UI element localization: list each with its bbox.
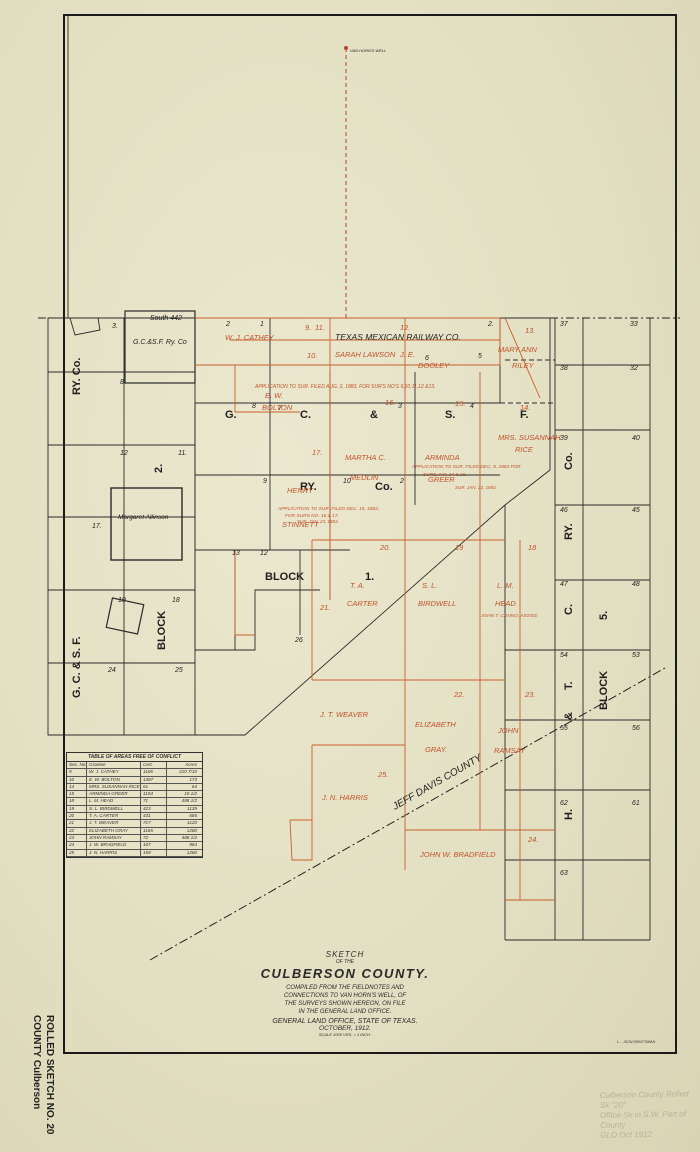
- svg-text:BIRDWELL: BIRDWELL: [418, 599, 456, 608]
- svg-text:13.: 13.: [525, 326, 535, 335]
- title-block: SKETCH OF THE CULBERSON COUNTY. COMPILED…: [245, 950, 445, 1037]
- svg-text:5.: 5.: [598, 611, 610, 620]
- svg-text:JEFF DAVIS COUNTY: JEFF DAVIS COUNTY: [390, 752, 485, 813]
- svg-text:HEAD: HEAD: [495, 599, 516, 608]
- svg-text:2: 2: [225, 321, 230, 328]
- area-table-header: Sec. No. Grantee Cert. Acres: [67, 762, 202, 769]
- svg-text:C.: C.: [300, 409, 311, 421]
- svg-text:11.: 11.: [178, 450, 187, 457]
- svg-text:8: 8: [120, 379, 124, 386]
- svg-text:CARTER: CARTER: [347, 599, 378, 608]
- svg-text:54: 54: [560, 652, 568, 659]
- svg-text:5: 5: [478, 353, 482, 360]
- svg-text:19: 19: [118, 597, 126, 604]
- svg-text:G. C. & S. F.: G. C. & S. F.: [71, 636, 83, 698]
- svg-text:23.: 23.: [524, 690, 535, 699]
- svg-text:SUR. JAN. 23, 1883.: SUR. JAN. 23, 1883.: [455, 485, 497, 490]
- svg-text:VAN HORN'S WELL: VAN HORN'S WELL: [350, 48, 386, 53]
- svg-text:BLOCK: BLOCK: [265, 571, 304, 583]
- svg-text:RAMSAY: RAMSAY: [494, 746, 526, 755]
- svg-text:19: 19: [455, 543, 464, 552]
- svg-text:SARAH LAWSON: SARAH LAWSON: [335, 350, 396, 359]
- map-scale: SCALE 1000 VRS. = 1 INCH.: [245, 1032, 445, 1037]
- svg-text:33: 33: [630, 321, 638, 328]
- svg-text:40: 40: [632, 435, 640, 442]
- svg-text:&: &: [370, 409, 378, 421]
- svg-text:MARTHA C.: MARTHA C.: [345, 453, 386, 462]
- svg-text:4: 4: [470, 403, 474, 410]
- svg-text:14.: 14.: [520, 403, 530, 412]
- compiled-note: IN THE GENERAL LAND OFFICE.: [245, 1008, 445, 1016]
- svg-text:RY.: RY.: [563, 523, 575, 540]
- svg-text:46: 46: [560, 507, 568, 514]
- svg-text:JOHN W. BRADFIELD: JOHN W. BRADFIELD: [419, 850, 496, 859]
- svg-text:15.: 15.: [455, 399, 465, 408]
- table-row: 15ARMINDA GREER110415 1/2: [67, 791, 202, 798]
- svg-text:62: 62: [560, 800, 568, 807]
- svg-text:25: 25: [174, 667, 183, 674]
- svg-text:37: 37: [560, 321, 569, 328]
- svg-text:&: &: [563, 712, 575, 720]
- col-header: Acres: [167, 762, 200, 768]
- stamp-line: Culberson County Rolled Sk "20": [600, 1089, 700, 1111]
- compiled-note: CONNECTIONS TO VAN HORN'S WELL, OF: [245, 992, 445, 1000]
- county-name-label: COUNTY Culberson: [30, 1015, 43, 1134]
- svg-text:E. W.: E. W.: [265, 391, 283, 400]
- svg-text:1.: 1.: [365, 571, 374, 583]
- area-table: TABLE OF AREAS FREE OF CONFLICT Sec. No.…: [66, 752, 203, 858]
- table-row: 10E. W. BOLTON1387173: [67, 777, 202, 784]
- svg-text:J. N. HARRIS: J. N. HARRIS: [321, 793, 368, 802]
- svg-text:W. J. CATHEY: W. J. CATHEY: [225, 333, 275, 342]
- title-sketch: SKETCH: [245, 950, 445, 959]
- table-row: 25J. N. HARRIS1591280: [67, 850, 202, 857]
- svg-text:32: 32: [630, 365, 638, 372]
- svg-text:Margaret Allinson: Margaret Allinson: [118, 514, 169, 521]
- svg-text:T. A.: T. A.: [350, 581, 365, 590]
- svg-text:ELIZABETH: ELIZABETH: [415, 720, 456, 729]
- table-row: 14MRS. SUSANNAH RICE6164: [67, 784, 202, 791]
- svg-text:RICE: RICE: [515, 445, 534, 454]
- svg-text:J. E.: J. E.: [399, 350, 415, 359]
- van-horns-well-marker: [344, 46, 348, 50]
- svg-text:39: 39: [560, 435, 568, 442]
- title-of-the: OF THE: [245, 959, 445, 965]
- svg-text:APPLICATION TO SUR. FILED DEC.: APPLICATION TO SUR. FILED DEC. 15, 1883,: [277, 506, 379, 512]
- svg-text:S. L.: S. L.: [422, 581, 437, 590]
- svg-text:MARY ANN: MARY ANN: [498, 345, 537, 354]
- svg-text:47: 47: [560, 581, 569, 588]
- svg-text:8: 8: [252, 403, 256, 410]
- svg-text:L. M.: L. M.: [497, 581, 514, 590]
- county-line-jeff-davis: [150, 668, 665, 960]
- svg-text:48: 48: [632, 581, 640, 588]
- table-row: 23JOHN RAMSAY72488 1/2: [67, 835, 202, 842]
- table-row: 21J. T. WEAVER7171120: [67, 820, 202, 827]
- svg-text:TEXAS MEXICAN RAILWAY CO.: TEXAS MEXICAN RAILWAY CO.: [335, 332, 461, 342]
- svg-text:2: 2: [399, 478, 404, 485]
- map-title: CULBERSON COUNTY.: [245, 966, 445, 981]
- svg-text:BLOCK: BLOCK: [156, 611, 168, 650]
- svg-text:9: 9: [263, 478, 267, 485]
- svg-text:JOHN: JOHN: [497, 726, 519, 735]
- svg-text:38: 38: [560, 365, 568, 372]
- table-row: 20T. A. CARTER431686: [67, 813, 202, 820]
- office-name: GENERAL LAND OFFICE, STATE OF TEXAS.: [245, 1018, 445, 1025]
- svg-text:45: 45: [632, 507, 640, 514]
- svg-text:1: 1: [260, 321, 264, 328]
- svg-text:BOLTON: BOLTON: [262, 403, 293, 412]
- svg-text:53: 53: [632, 652, 640, 659]
- svg-text:DOOLEY: DOOLEY: [418, 361, 450, 370]
- svg-text:H.: H.: [563, 809, 575, 820]
- area-table-caption: TABLE OF AREAS FREE OF CONFLICT: [67, 753, 202, 762]
- svg-text:11.: 11.: [315, 323, 325, 332]
- svg-text:APPLICATION TO SUR. FILED AUG.: APPLICATION TO SUR. FILED AUG. 2, 1883, …: [254, 384, 435, 390]
- svg-text:S.: S.: [445, 409, 455, 421]
- svg-text:26: 26: [294, 637, 303, 644]
- svg-text:G.: G.: [225, 409, 237, 421]
- draftsman-signature: L. ...ISON DRAFTSMAN: [617, 1040, 655, 1044]
- table-row: 18L. M. HEAD71488 1/2: [67, 798, 202, 805]
- svg-text:10.: 10.: [307, 351, 317, 360]
- svg-text:2.: 2.: [153, 464, 165, 473]
- svg-text:T.: T.: [563, 681, 575, 690]
- svg-text:61: 61: [632, 800, 640, 807]
- svg-text:RILEY: RILEY: [512, 361, 535, 370]
- svg-text:25.: 25.: [377, 770, 388, 779]
- svg-text:ARMINDA: ARMINDA: [424, 453, 460, 462]
- svg-text:South 442: South 442: [150, 315, 182, 322]
- compiled-note: COMPILED FROM THE FIELDNOTES AND: [245, 984, 445, 992]
- stamp-line: GLO Oct 1912: [600, 1129, 700, 1141]
- svg-text:J. T. WEAVER: J. T. WEAVER: [319, 710, 369, 719]
- svg-text:Co.: Co.: [563, 452, 575, 470]
- svg-text:17.: 17.: [92, 523, 102, 530]
- col-header: Cert.: [141, 762, 167, 768]
- table-row: 22ELIZABETH GRAY11651280: [67, 828, 202, 835]
- table-row: 9W. J. CATHEY1106210 7/10: [67, 769, 202, 776]
- svg-text:BLOCK: BLOCK: [598, 671, 610, 710]
- svg-text:56: 56: [632, 725, 640, 732]
- svg-text:2.: 2.: [487, 321, 494, 328]
- svg-text:9.: 9.: [305, 323, 311, 332]
- svg-text:22.: 22.: [453, 690, 464, 699]
- svg-text:12: 12: [260, 550, 268, 557]
- svg-text:12.: 12.: [400, 323, 410, 332]
- svg-text:3.: 3.: [112, 323, 118, 330]
- svg-text:18: 18: [528, 543, 537, 552]
- compiled-note: THE SURVEYS SHOWN HEREON, ON FILE: [245, 1000, 445, 1008]
- svg-text:63: 63: [560, 870, 568, 877]
- svg-text:G.C.&S.F. Ry. Co: G.C.&S.F. Ry. Co: [133, 339, 187, 346]
- svg-text:HENRY: HENRY: [287, 486, 314, 495]
- rolled-sketch-label: ROLLED SKETCH NO. 20 COUNTY Culberson: [30, 1015, 56, 1134]
- svg-text:SURS. NO. 14 & 15.: SURS. NO. 14 & 15.: [423, 472, 467, 478]
- svg-text:21.: 21.: [319, 603, 330, 612]
- svg-text:12: 12: [120, 450, 128, 457]
- svg-text:C.: C.: [563, 604, 575, 615]
- svg-text:24.: 24.: [527, 835, 538, 844]
- svg-text:24: 24: [107, 667, 116, 674]
- svg-text:3: 3: [398, 403, 402, 410]
- table-row: 19S. L. BIRDWELL4231139: [67, 806, 202, 813]
- svg-text:55: 55: [560, 725, 568, 732]
- svg-text:APPLICATION TO SUR. FILED DEC.: APPLICATION TO SUR. FILED DEC. 9, 1883 F…: [411, 464, 521, 470]
- svg-text:MRS. SUSANNAH: MRS. SUSANNAH: [498, 433, 561, 442]
- archive-stamp: Culberson County Rolled Sk "20" Office S…: [600, 1089, 700, 1141]
- table-row: 24J. W. BRADFIELD107884: [67, 842, 202, 849]
- col-header: Sec. No.: [67, 762, 87, 768]
- svg-text:18: 18: [172, 597, 180, 604]
- svg-text:20.: 20.: [379, 543, 390, 552]
- svg-text:17.: 17.: [312, 448, 322, 457]
- svg-text:MEDLIN: MEDLIN: [350, 473, 379, 482]
- rolled-sketch-number: ROLLED SKETCH NO. 20: [43, 1015, 56, 1134]
- map-date: OCTOBER, 1912.: [245, 1025, 445, 1032]
- stamp-line: Office Sk in S.W. Part of County: [600, 1109, 700, 1131]
- svg-text:13: 13: [232, 550, 240, 557]
- svg-text:JOHN T. CANNO, ASS'EE: JOHN T. CANNO, ASS'EE: [480, 613, 538, 619]
- svg-text:Co.: Co.: [375, 481, 393, 493]
- svg-text:GRAY.: GRAY.: [425, 745, 447, 754]
- svg-text:STINNETT: STINNETT: [282, 520, 320, 529]
- svg-text:16.: 16.: [385, 398, 395, 407]
- col-header: Grantee: [87, 762, 141, 768]
- svg-text:RY. Co.: RY. Co.: [71, 358, 83, 396]
